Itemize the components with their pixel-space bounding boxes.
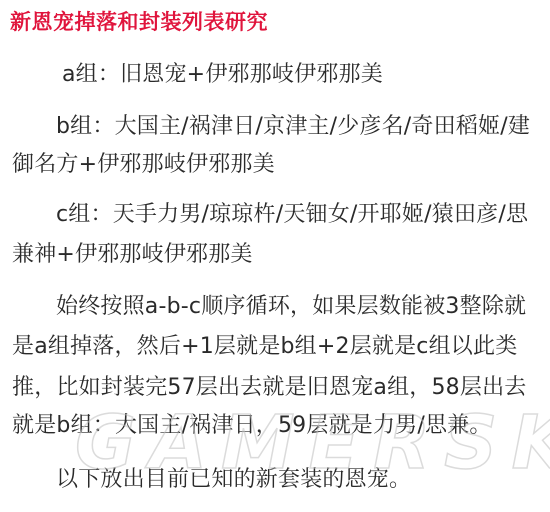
group-c-line-1: c组：天手力男/琼琼杵/天钿女/开耶姬/猿田彦/思: [56, 202, 528, 228]
group-b-line-1: b组：大国主/祸津日/京津主/少彦名/奇田稻姬/建: [56, 114, 530, 140]
explanation-line-2: 是a组掉落，然后+1层就是b组+2层就是c组以此类: [12, 334, 517, 360]
closing-line: 以下放出目前已知的新套装的恩宠。: [56, 467, 411, 493]
group-b-line-2: 御名方+伊邪那岐伊邪那美: [12, 152, 275, 178]
explanation-line-4: 就是b组：大国主/祸津日，59层就是力男/思兼。: [12, 413, 492, 439]
group-c-line-2: 兼神+伊邪那岐伊邪那美: [12, 242, 253, 268]
explanation-line-1: 始终按照a-b-c顺序循环，如果层数能被3整除就: [56, 294, 526, 320]
article-title: 新恩宠掉落和封装列表研究: [10, 6, 268, 36]
group-a-line: a组：旧恩宠+伊邪那岐伊邪那美: [62, 62, 383, 88]
explanation-line-3: 推，比如封装完57层出去就是旧恩宠a组，58层出去: [12, 375, 526, 401]
